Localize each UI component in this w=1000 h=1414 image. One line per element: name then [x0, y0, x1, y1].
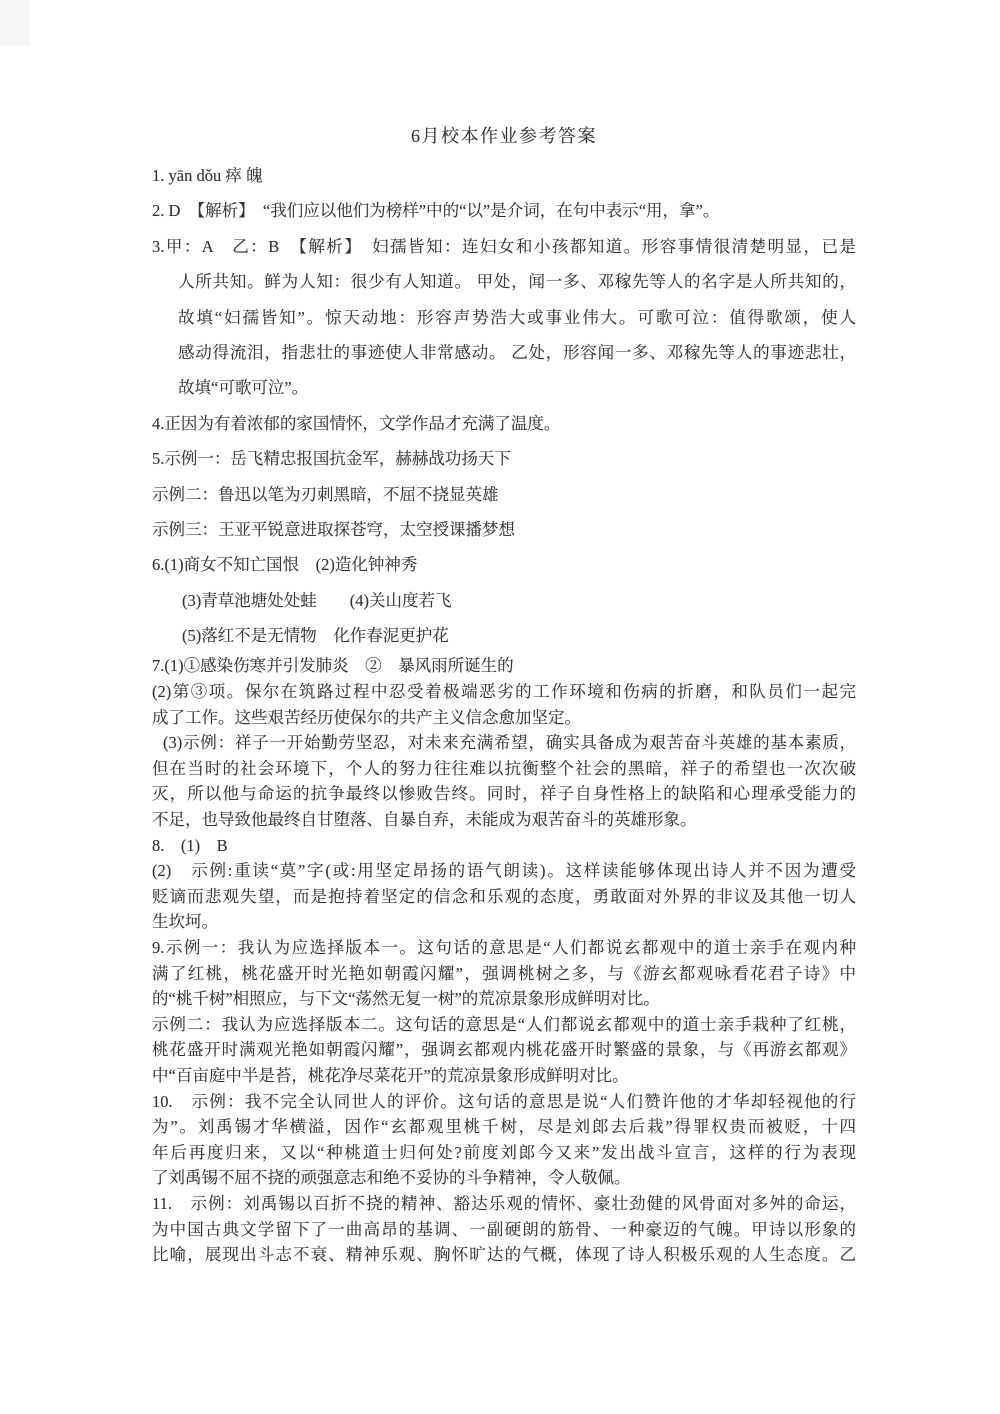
- answer-line: 中“百亩庭中半是苔，桃花净尽菜花开”的荒凉景象形成鲜明对比。: [152, 1063, 856, 1089]
- answer-line: 1. yān dǒu 瘁 魄: [152, 158, 856, 193]
- answer-line: 灭，所以他与命运的抗争最终以惨败告终。同时，祥子自身性格上的缺陷和心理承受能力的: [152, 781, 856, 807]
- answer-line: (2) 示例:重读“莫”字(或:用坚定昂扬的语气朗读)。这样读能够体现出诗人并不…: [152, 858, 856, 884]
- answer-line: 6.(1)商女不知亡国恨 (2)造化钟神秀: [152, 547, 856, 582]
- answer-line: 2. D 【解析】 “我们应以他们为榜样”中的“以”是介词，在句中表示“用，拿”…: [152, 193, 856, 228]
- answer-line: (2)第③项。保尔在筑路过程中忍受着极端恶劣的工作环境和伤病的折磨，和队员们一起…: [152, 679, 856, 705]
- answer-line: 故填“可歌可泣”。: [152, 370, 856, 405]
- answer-line: 3.甲：A 乙：B 【解析】 妇孺皆知：连妇女和小孩都知道。形容事情很清楚明显，…: [152, 229, 856, 264]
- answer-line: 示例二：鲁迅以笔为刃刺黑暗，不屈不挠显英雄: [152, 477, 856, 512]
- answer-line: 的“桃千树”相照应，与下文“荡然无复一树”的荒凉景象形成鲜明对比。: [152, 986, 856, 1012]
- answer-line: 不足，也导致他最终自甘堕落、自暴自弃，未能成为艰苦奋斗的英雄形象。: [152, 807, 856, 833]
- answer-line: 为中国古典文学留下了一曲高昂的基调、一副硬朗的筋骨、一种豪迈的气魄。甲诗以形象的: [152, 1217, 856, 1243]
- scan-artifact: [0, 0, 30, 46]
- answer-line: 4.正因为有着浓郁的家国情怀，文学作品才充满了温度。: [152, 406, 856, 441]
- answer-line: 10. 示例：我不完全认同世人的评价。这句话的意思是说“人们赞许他的才华却轻视他…: [152, 1089, 856, 1115]
- answer-line: 桃花盛开时满观光艳如朝霞闪耀”，强调玄都观内桃花盛开时繁盛的景象，与《再游玄都观…: [152, 1037, 856, 1063]
- answer-line: 生坎坷。: [152, 909, 856, 935]
- answer-line: 5.示例一：岳飞精忠报国抗金军，赫赫战功扬天下: [152, 441, 856, 476]
- answer-line: 故填“妇孺皆知”。惊天动地：形容声势浩大或事业伟大。可歌可泣：值得歌颂，使人: [152, 300, 856, 335]
- answer-line: 比喻，展现出斗志不衰、精神乐观、胸怀旷达的气概，体现了诗人积极乐观的人生态度。乙: [152, 1242, 856, 1268]
- answer-line: (3)示例：祥子一开始勤劳坚忍，对未来充满希望，确实具备成为艰苦奋斗英雄的基本素…: [152, 730, 856, 756]
- answers-section-tight-spacing: 7.(1)①感染伤寒并引发肺炎 ② 暴风雨所诞生的 (2)第③项。保尔在筑路过程…: [152, 653, 856, 1267]
- answers-section-wide-spacing: 1. yān dǒu 瘁 魄 2. D 【解析】 “我们应以他们为榜样”中的“以…: [152, 158, 856, 653]
- answer-line: 成了工作。这些艰苦经历使保尔的共产主义信念愈加坚定。: [152, 705, 856, 731]
- answer-line: 年后再度归来，又以“种桃道士归何处?前度刘郎今又来”发出战斗宣言，这样的行为表现: [152, 1140, 856, 1166]
- page-title: 6月校本作业参考答案: [152, 118, 856, 154]
- answer-line: (3)青草池塘处处蛙 (4)关山度若飞: [152, 583, 856, 618]
- answer-line: (5)落红不是无情物 化作春泥更护花: [152, 618, 856, 653]
- answer-line: 人所共知。鲜为人知：很少有人知道。 甲处，闻一多、邓稼先等人的名字是人所共知的，: [152, 264, 856, 299]
- answer-line: 满了红桃，桃花盛开时光艳如朝霞闪耀”，强调桃树之多，与《游玄都观咏看花君子诗》中: [152, 961, 856, 987]
- answer-line: 感动得流泪，指悲壮的事迹使人非常感动。 乙处，形容闻一多、邓稼先等人的事迹悲壮，: [152, 335, 856, 370]
- answer-line: 示例二：我认为应选择版本二。这句话的意思是“人们都说玄都观中的道士亲手栽种了红桃…: [152, 1012, 856, 1038]
- answer-line: 示例三：王亚平锐意进取探苍穹，太空授课播梦想: [152, 512, 856, 547]
- answer-line: 但在当时的社会环境下，个人的努力往往难以抗衡整个社会的黑暗，祥子的希望也一次次破: [152, 756, 856, 782]
- answer-line: 9.示例一：我认为应选择版本一。这句话的意思是“人们都说玄都观中的道士亲手在观内…: [152, 935, 856, 961]
- answer-line: 了刘禹锡不屈不挠的顽强意志和绝不妥协的斗争精神，令人敬佩。: [152, 1165, 856, 1191]
- answer-line: 为”。刘禹锡才华横溢，因作“玄都观里桃千树，尽是刘郎去后栽”得罪权贵而被贬，十四: [152, 1114, 856, 1140]
- answer-sheet: 6月校本作业参考答案 1. yān dǒu 瘁 魄 2. D 【解析】 “我们应…: [152, 118, 856, 1268]
- answer-line: 11. 示例：刘禹锡以百折不挠的精神、豁达乐观的情怀、豪壮劲健的风骨面对多舛的命…: [152, 1191, 856, 1217]
- answer-line: 7.(1)①感染伤寒并引发肺炎 ② 暴风雨所诞生的: [152, 653, 856, 679]
- answer-line: 8. (1) B: [152, 833, 856, 859]
- document-page: 6月校本作业参考答案 1. yān dǒu 瘁 魄 2. D 【解析】 “我们应…: [0, 0, 1000, 1414]
- answer-line: 贬谪而悲观失望，而是抱持着坚定的信念和乐观的态度，勇敢面对外界的非议及其他一切人: [152, 884, 856, 910]
